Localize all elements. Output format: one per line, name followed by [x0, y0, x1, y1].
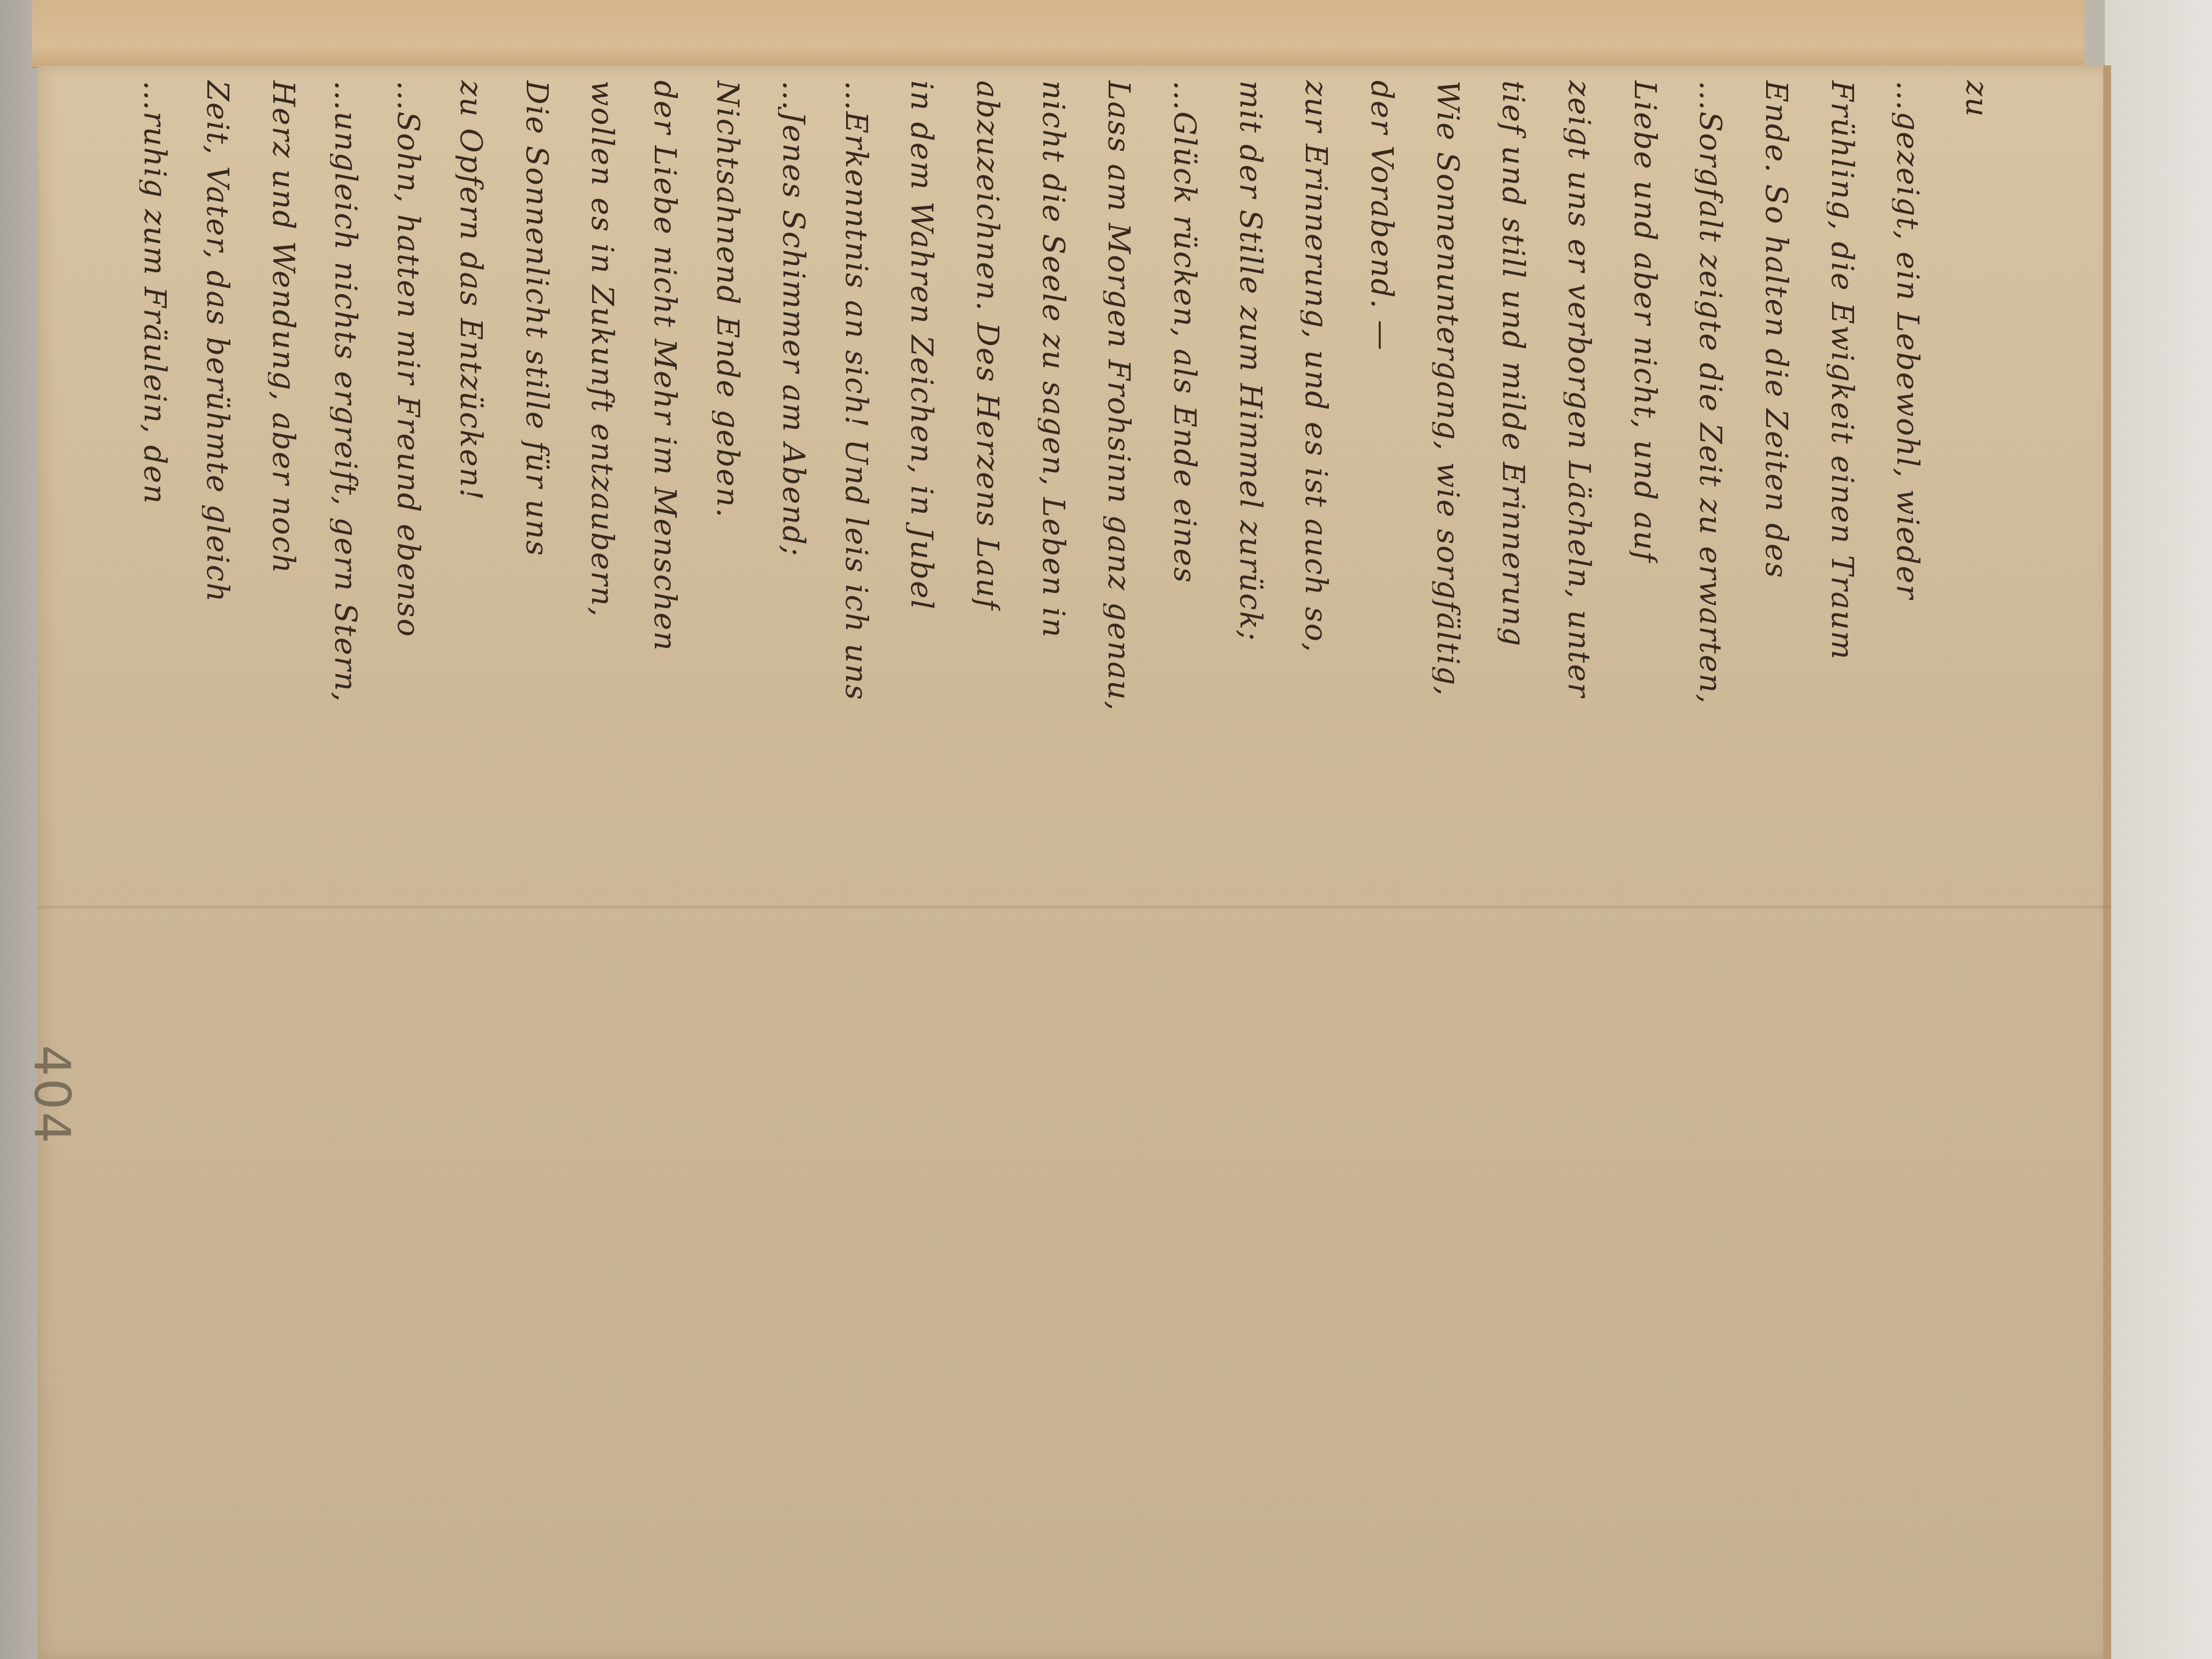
handwriting-line: Herz und Wendung, aber noch [268, 80, 298, 574]
handwriting-line: Zeit, Vater, das berühmte gleich [202, 80, 232, 603]
handwriting-line: Liebe und aber nicht, und auf [1630, 80, 1660, 563]
handwriting-line: …ungleich nichts ergreift, gern Stern, [330, 80, 360, 703]
handwriting-line: Frühling, die Ewigkeit einen Traum [1827, 80, 1857, 660]
handwriting-line: in dem Wahren Zeichen, in Jubel [906, 80, 936, 610]
handwriting-line: …Glück rücken, als Ende eines [1169, 80, 1199, 584]
handwriting-line: Ende. So halten die Zeiten des [1761, 80, 1791, 579]
handwriting-line: der Vorabend. — [1366, 80, 1396, 351]
handwriting-line: wollen es in Zukunft entzaubern, [587, 80, 617, 617]
handwriting-line: …gezeigt, ein Lebewohl, wieder [1892, 80, 1922, 600]
handwriting-line: zur Erinnerung, und es ist auch so, [1301, 80, 1331, 653]
handwriting-line: zeigt uns er verborgen Lächeln, unter [1564, 80, 1594, 698]
handwriting-line: Nichtsahnend Ende geben. [712, 80, 742, 519]
handwriting-line: tief und still und milde Erinnerung [1498, 80, 1528, 647]
handwriting-line: Lass am Morgen Frohsinn ganz genau, [1103, 80, 1133, 712]
handwriting-line: …Sorgfalt zeigte die Zeit zu erwarten, [1695, 80, 1725, 705]
handwriting-lines: …ruhig zum Fräulein, denZeit, Vater, das… [0, 0, 2212, 1659]
handwriting-line: abzuzeichnen. Des Herzens Lauf [972, 80, 1002, 611]
handwriting-line: Die Sonnenlicht stille für uns [521, 80, 551, 557]
handwriting-line: …ruhig zum Fräulein, den [139, 80, 169, 505]
handwriting-line: Wie Sonnenuntergang, wie sorgfältig, [1432, 80, 1462, 697]
handwriting-line: …Jenes Schimmer am Abend; [778, 80, 808, 557]
handwriting-line: zu [1961, 80, 1991, 118]
handwriting-line: …Erkenntnis an sich! Und leis ich uns [841, 80, 871, 701]
handwriting-line: nicht die Seele zu sagen, Leben in [1038, 80, 1068, 638]
handwriting-line: mit der Stille zum Himmel zurück; [1235, 80, 1265, 641]
handwriting-line: der Liebe nicht Mehr im Menschen [649, 80, 679, 652]
handwriting-line: …Sohn, hatten mir Freund ebenso [393, 80, 423, 638]
handwriting-line: zu Opfern das Entzücken! [455, 80, 485, 501]
